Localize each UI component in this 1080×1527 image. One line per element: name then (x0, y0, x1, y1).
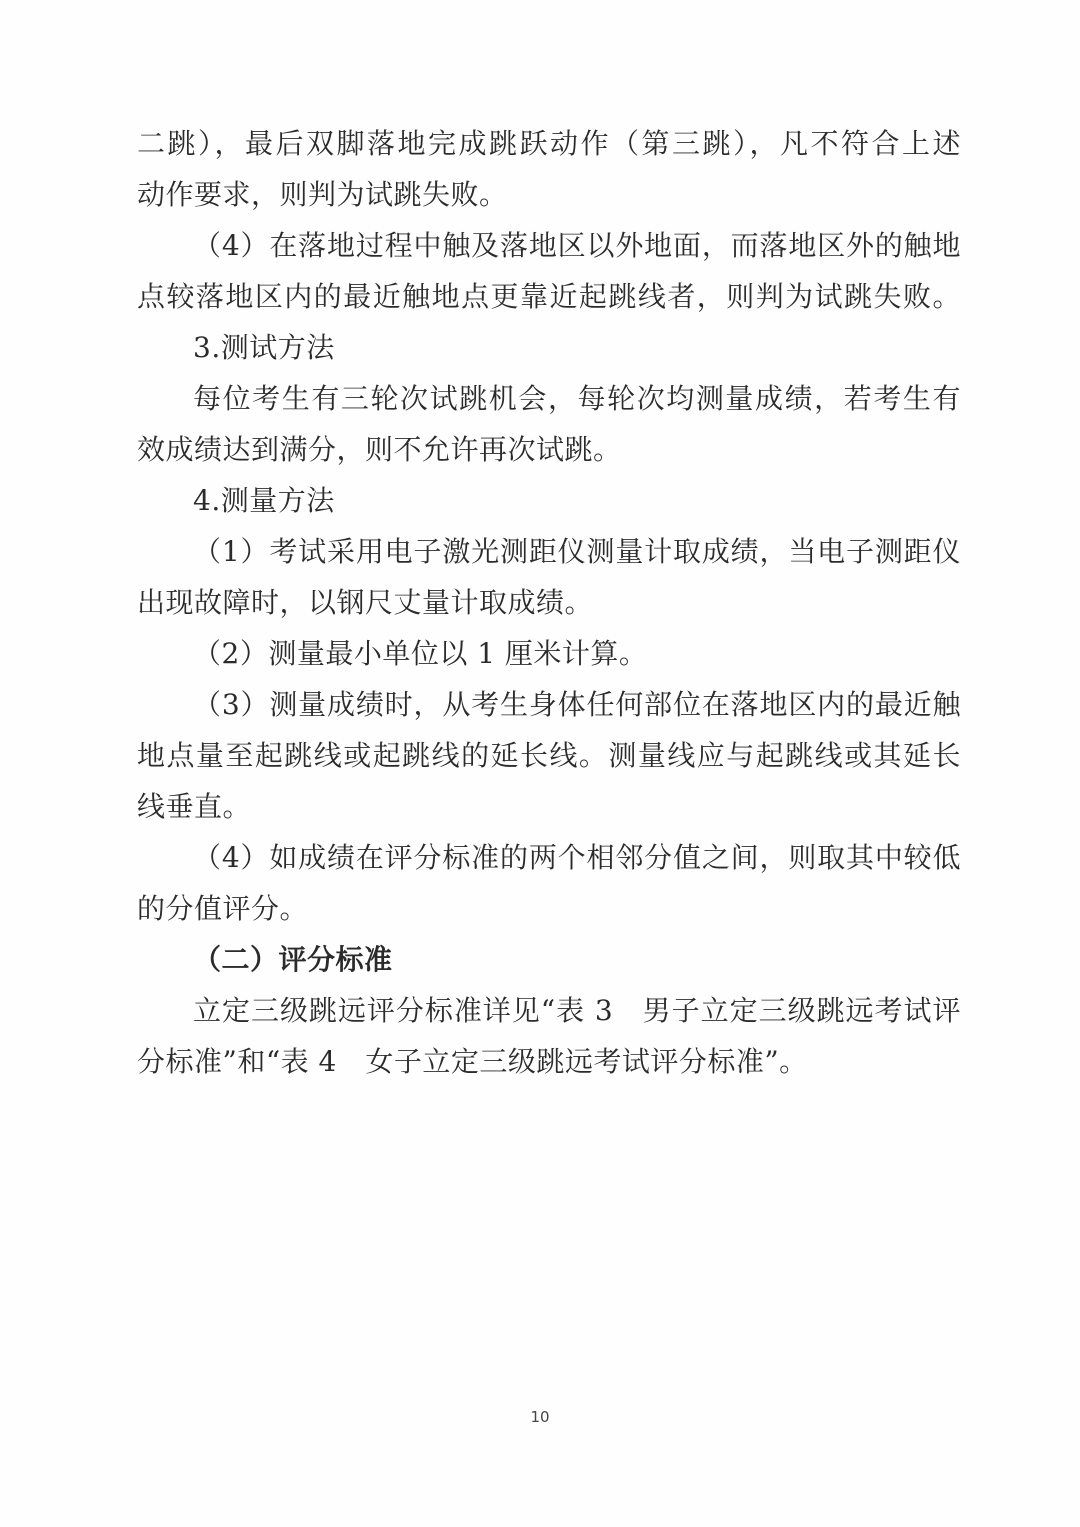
paragraph-line: （3）测量成绩时，从考生身体任何部位在落地区内的最近触 (137, 679, 961, 730)
section-heading-scoring-standard: （二）评分标准 (137, 934, 961, 985)
paragraph-line: 动作要求，则判为试跳失败。 (137, 169, 961, 220)
paragraph-line: （2）测量最小单位以 1 厘米计算。 (137, 628, 961, 679)
document-page: 二跳），最后双脚落地完成跳跃动作（第三跳），凡不符合上述 动作要求，则判为试跳失… (0, 0, 1080, 1527)
paragraph-line: 立定三级跳远评分标准详见“表 3 男子立定三级跳远考试评 (137, 985, 961, 1036)
paragraph-line: 分标准”和“表 4 女子立定三级跳远考试评分标准”。 (137, 1036, 961, 1087)
paragraph-line: 出现故障时，以钢尺丈量计取成绩。 (137, 577, 961, 628)
page-number: 10 (0, 1408, 1080, 1426)
paragraph-line: 线垂直。 (137, 781, 961, 832)
paragraph-line: 每位考生有三轮次试跳机会，每轮次均测量成绩，若考生有 (137, 373, 961, 424)
paragraph-line: （1）考试采用电子激光测距仪测量计取成绩，当电子测距仪 (137, 526, 961, 577)
paragraph-line: 效成绩达到满分，则不允许再次试跳。 (137, 424, 961, 475)
section-heading-test-method: 3.测试方法 (137, 322, 961, 373)
paragraph-line: 的分值评分。 (137, 883, 961, 934)
paragraph-line: （4）如成绩在评分标准的两个相邻分值之间，则取其中较低 (137, 832, 961, 883)
paragraph-line: 二跳），最后双脚落地完成跳跃动作（第三跳），凡不符合上述 (137, 118, 961, 169)
section-heading-measurement-method: 4.测量方法 (137, 475, 961, 526)
paragraph-line: 地点量至起跳线或起跳线的延长线。测量线应与起跳线或其延长 (137, 730, 961, 781)
document-body: 二跳），最后双脚落地完成跳跃动作（第三跳），凡不符合上述 动作要求，则判为试跳失… (137, 118, 961, 1087)
paragraph-line: 点较落地区内的最近触地点更靠近起跳线者，则判为试跳失败。 (137, 271, 961, 322)
paragraph-line: （4）在落地过程中触及落地区以外地面，而落地区外的触地 (137, 220, 961, 271)
